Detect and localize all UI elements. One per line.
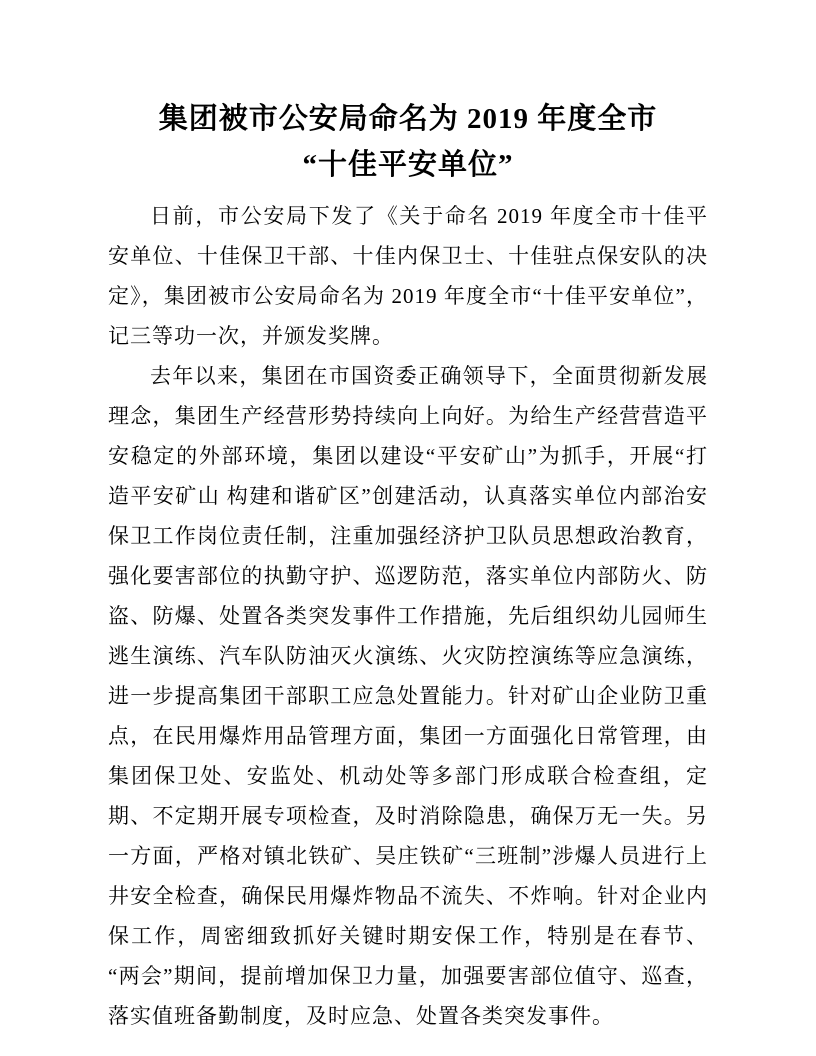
title-line-1: 集团被市公安局命名为 2019 年度全市 bbox=[108, 96, 708, 142]
title-line-2: “十佳平安单位” bbox=[108, 142, 708, 188]
body-paragraph-1: 日前，市公安局下发了《关于命名 2019 年度全市十佳平安单位、十佳保卫干部、十… bbox=[108, 196, 708, 356]
document-page: 集团被市公安局命名为 2019 年度全市 “十佳平安单位” 日前，市公安局下发了… bbox=[0, 0, 816, 1056]
body-paragraph-2: 去年以来，集团在市国资委正确领导下，全面贯彻新发展理念，集团生产经营形势持续向上… bbox=[108, 356, 708, 1036]
document-body: 日前，市公安局下发了《关于命名 2019 年度全市十佳平安单位、十佳保卫干部、十… bbox=[108, 196, 708, 1036]
document-title: 集团被市公安局命名为 2019 年度全市 “十佳平安单位” bbox=[108, 96, 708, 188]
